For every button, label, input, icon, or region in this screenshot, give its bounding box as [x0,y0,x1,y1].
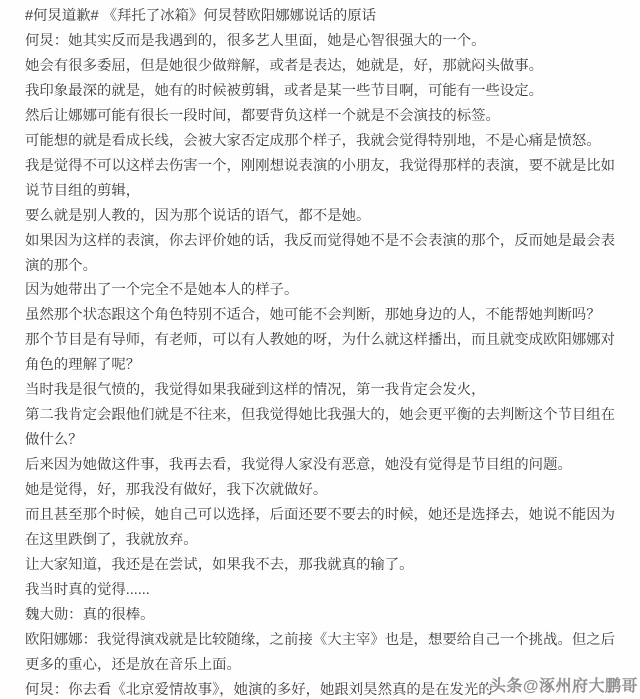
paragraph: 我印象最深的就是，她有的时候被剪辑，或者是某一些节目啊，可能有一些设定。 [25,79,618,104]
paragraph: 她是觉得，好，那我没有做好，我下次就做好。 [25,478,618,503]
watermark: 头条@涿州府大鹏哥 [490,673,638,696]
paragraph: 如果因为这样的表演，你去评价她的话，我反而觉得她不是不会表演的那个，反而她是最会… [25,229,618,279]
article-content: #何炅道歉# 《拜托了冰箱》何炅替欧阳娜娜说话的原话 何炅：她其实反而是我遇到的… [0,0,640,699]
paragraph: 那个节目是有导师，有老师，可以有人教她的呀，为什么就这样播出，而且就变成欧阳娜娜… [25,328,618,378]
paragraph: 我当时真的觉得...... [25,578,618,603]
paragraph: 第二我肯定会跟他们就是不往来，但我觉得她比我强大的，她会更平衡的去判断这个节目组… [25,403,618,453]
paragraph: 当时我是很气愤的，我觉得如果我碰到这样的情况，第一我肯定会发火， [25,378,618,403]
article-screenshot: #何炅道歉# 《拜托了冰箱》何炅替欧阳娜娜说话的原话 何炅：她其实反而是我遇到的… [0,0,640,699]
paragraph: 何炅：她其实反而是我遇到的，很多艺人里面，她是心智很强大的一个。 [25,29,618,54]
paragraph: 魏大勋：真的很棒。 [25,603,618,628]
paragraph: 我是觉得不可以这样去伤害一个，刚刚想说表演的小朋友，我觉得那样的表演，要不就是比… [25,154,618,204]
article-title: #何炅道歉# 《拜托了冰箱》何炅替欧阳娜娜说话的原话 [25,4,618,29]
paragraph: 可能想的就是看成长线，会被大家否定成那个样子，我就会觉得特别地，不是心痛是愤怒。 [25,129,618,154]
paragraph: 后来因为她做这件事，我再去看，我觉得人家没有恶意，她没有觉得是节目组的问题。 [25,453,618,478]
paragraph: 要么就是别人教的，因为那个说话的语气，都不是她。 [25,204,618,229]
paragraph: 欧阳娜娜：我觉得演戏就是比较随缘，之前接《大主宰》也是，想要给自己一个挑战。但之… [25,628,618,678]
paragraph: 然后让娜娜可能有很长一段时间，都要背负这样一个就是不会演技的标签。 [25,104,618,129]
article-body: 何炅：她其实反而是我遇到的，很多艺人里面，她是心智很强大的一个。她会有很多委屈，… [25,29,618,699]
paragraph: 让大家知道，我还是在尝试，如果我不去，那我就真的输了。 [25,553,618,578]
paragraph: 她会有很多委屈，但是她很少做辩解，或者是表达，她就是，好，那就闷头做事。 [25,54,618,79]
paragraph: 虽然那个状态跟这个角色特别不适合，她可能不会判断，那她身边的人，不能帮她判断吗？ [25,303,618,328]
paragraph: 而且甚至那个时候，她自己可以选择，后面还要不要去的时候，她还是选择去，她说不能因… [25,503,618,553]
paragraph: 因为她带出了一个完全不是她本人的样子。 [25,278,618,303]
